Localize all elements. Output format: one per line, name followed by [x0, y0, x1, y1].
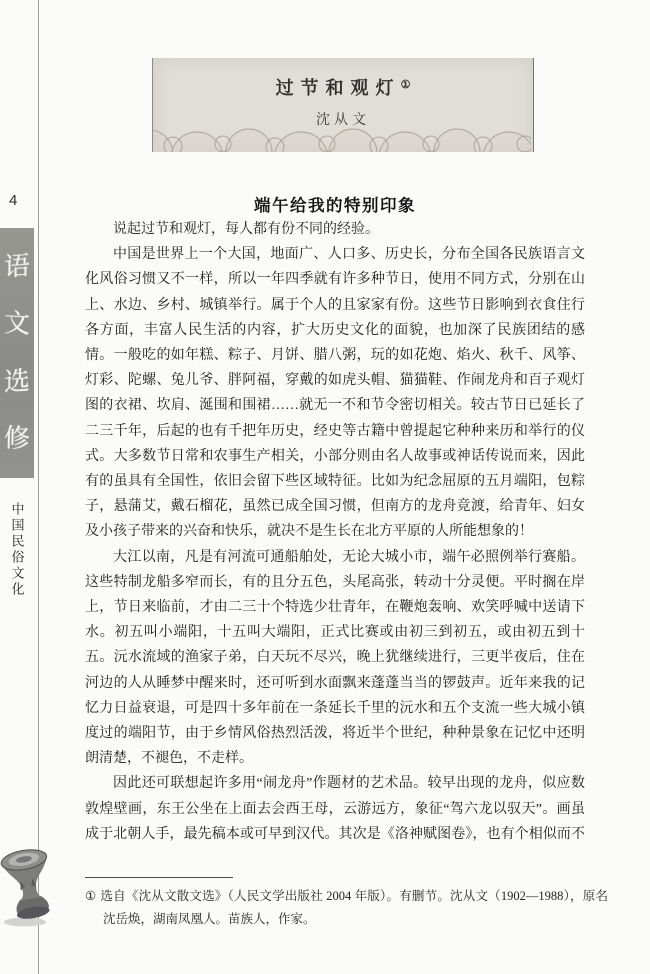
footnote: ①选自《沈从文散文选》（人民文学出版社 2004 年版）。有删节。沈从文（190…	[85, 885, 608, 931]
footnote-divider	[85, 877, 233, 878]
article-body: 说起过节和观灯，每人都有份不同的经验。中国是世界上一个大国，地面广、人口多、历史…	[85, 217, 585, 849]
bronze-vessel-drawing	[0, 846, 56, 930]
footnote-ref-mark: ①	[401, 78, 411, 91]
textbook-page: 4 语文选修 中国民俗文化 过节和观灯① 沈从文 端午给我的特别印象 说起过节和…	[0, 0, 650, 974]
series-banner-char: 语	[4, 253, 30, 281]
footnote-marker: ①	[85, 889, 96, 903]
paragraph: 说起过节和观灯，每人都有份不同的经验。	[85, 217, 585, 242]
series-banner-char: 选	[4, 368, 30, 396]
footnote-text: 选自《沈从文散文选》（人民文学出版社 2004 年版）。有删节。沈从文（1902…	[100, 889, 608, 926]
bronze-vessel-photo	[0, 846, 56, 930]
margin-rule	[38, 0, 39, 974]
paragraph: 中国是世界上一个大国，地面广、人口多、历史长，分布全国各民族语言文化风俗习惯又不…	[85, 242, 585, 544]
chapter-title-text: 过节和观灯	[276, 78, 401, 99]
series-banner-char: 文	[4, 311, 30, 338]
series-banner-char: 修	[4, 426, 30, 453]
paragraph: 大江以南，凡是有河流可通船舶处，无论大城小市，端午必照例举行赛船。这些特制龙船多…	[85, 545, 585, 772]
paragraph: 因此还可联想起许多用“闹龙舟”作题材的艺术品。较早出现的龙舟，似应数敦煌壁画，东…	[85, 771, 585, 849]
chapter-title: 过节和观灯①	[153, 74, 533, 100]
chapter-header-band: 过节和观灯① 沈从文	[152, 58, 534, 152]
series-title-banner: 语文选修	[0, 228, 34, 478]
section-heading: 端午给我的特别印象	[85, 192, 585, 216]
chapter-author: 沈从文	[153, 109, 533, 129]
page-number: 4	[9, 192, 17, 209]
series-subtitle: 中国民俗文化	[0, 490, 34, 610]
